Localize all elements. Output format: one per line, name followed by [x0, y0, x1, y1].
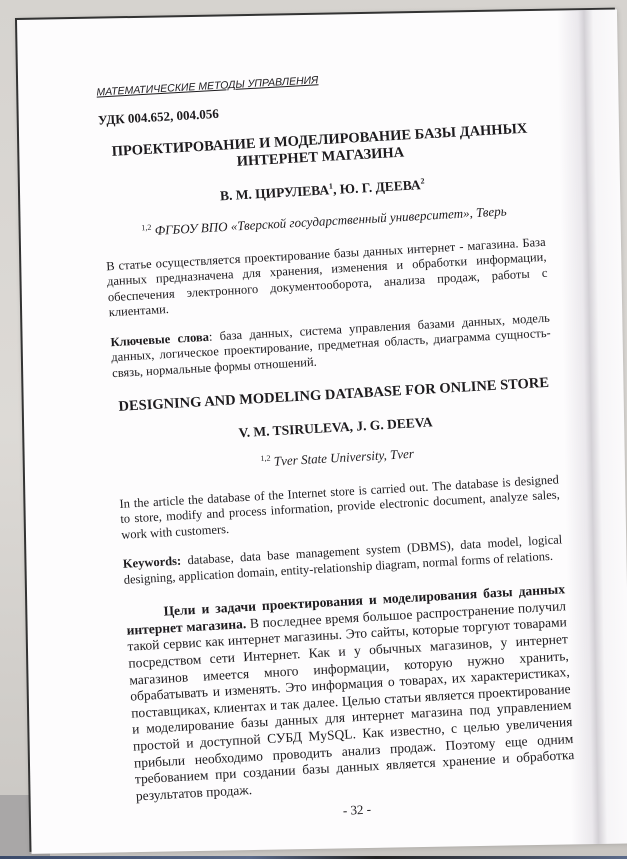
abstract-en: In the article the database of the Inter… [119, 472, 561, 543]
keywords-ru: Ключевые слова: база данных, система упр… [110, 311, 552, 382]
keywords-en-text: database, data base management system (D… [123, 532, 562, 586]
keywords-en: Keywords: database, data base management… [122, 532, 563, 588]
page-content: МАТЕМАТИЧЕСКИЕ МЕТОДЫ УПРАВЛЕНИЯ УДК 004… [96, 62, 577, 831]
document-page: МАТЕМАТИЧЕСКИЕ МЕТОДЫ УПРАВЛЕНИЯ УДК 004… [17, 10, 627, 854]
author-1: В. М. ЦИРУЛЕВА [220, 182, 330, 203]
article-title-en: DESIGNING AND MODELING DATABASE FOR ONLI… [114, 375, 554, 417]
affiliation-ru-text: ФГБОУ ВПО «Тверской государственный унив… [151, 203, 507, 238]
article-title-ru: ПРОЕКТИРОВАНИЕ И МОДЕЛИРОВАНИЕ БАЗЫ ДАНН… [99, 120, 540, 179]
author-2: Ю. Г. ДЕЕВА [339, 177, 421, 196]
author-2-affil-mark: 2 [420, 176, 424, 185]
body-paragraph: Цели и задачи проектирования и моделиров… [125, 581, 575, 804]
keywords-en-label: Keywords: [122, 554, 181, 571]
abstract-ru: В статье осуществляется проектирование б… [106, 235, 549, 321]
affiliation-en-text: Tver State University, Tver [270, 446, 414, 469]
